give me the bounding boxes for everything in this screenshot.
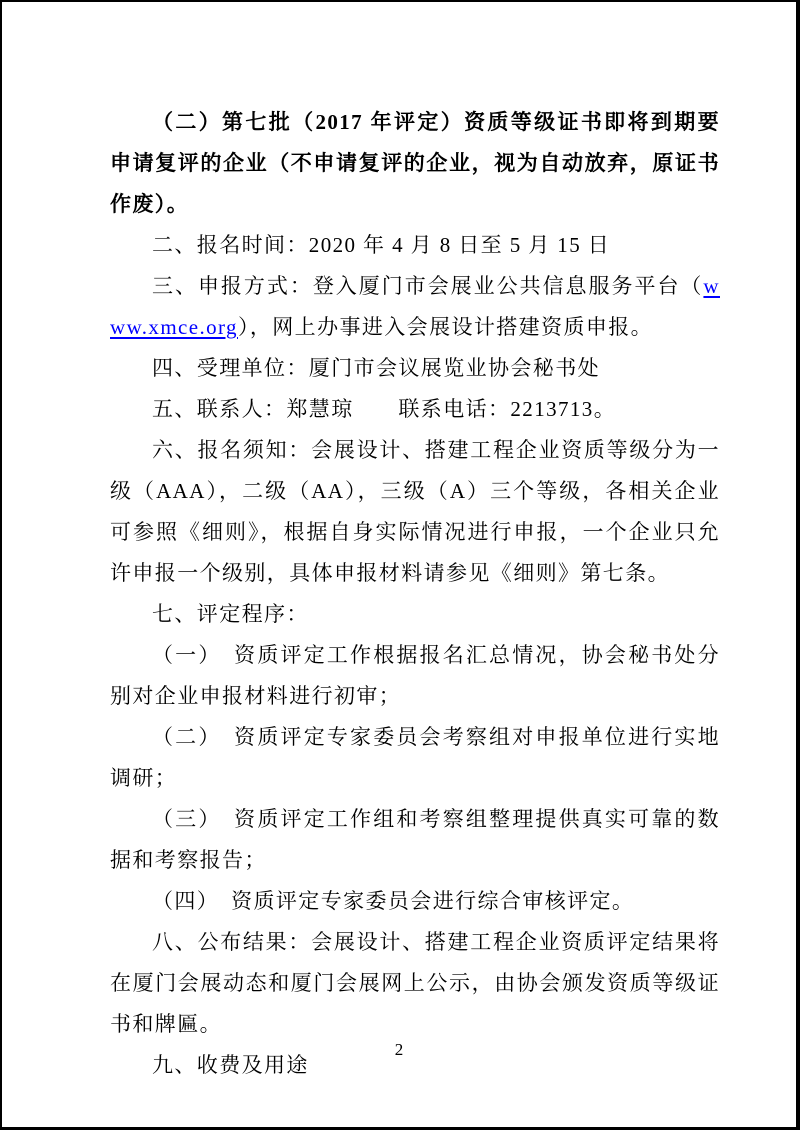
para-contact-person: 五、联系人：郑慧琼 联系电话：2213713。 <box>110 389 720 430</box>
para-registration-notes: 六、报名须知：会展设计、搭建工程企业资质等级分为一级（AAA），二级（AA），三… <box>110 430 720 594</box>
document-page: （二）第七批（2017 年评定）资质等级证书即将到期要申请复评的企业（不申请复评… <box>0 0 800 1130</box>
page-number: 2 <box>2 1040 796 1060</box>
application-method-text-after-link: ），网上办事进入会展设计搭建资质申报。 <box>238 315 653 339</box>
para-result-announcement: 八、公布结果：会展设计、搭建工程企业资质评定结果将在厦门会展动态和厦门会展网上公… <box>110 922 720 1045</box>
page-border-frame: （二）第七批（2017 年评定）资质等级证书即将到期要申请复评的企业（不申请复评… <box>0 0 800 1130</box>
para-procedure-step-4: （四） 资质评定专家委员会进行综合审核评定。 <box>110 881 720 922</box>
para-accepting-unit: 四、受理单位：厦门市会议展览业协会秘书处 <box>110 348 720 389</box>
para-registration-time: 二、报名时间：2020 年 4 月 8 日至 5 月 15 日 <box>110 225 720 266</box>
para-seventh-batch-renewal: （二）第七批（2017 年评定）资质等级证书即将到期要申请复评的企业（不申请复评… <box>110 102 720 225</box>
application-method-text-before-link: 三、申报方式：登入厦门市会展业公共信息服务平台（ <box>152 274 703 298</box>
document-body: （二）第七批（2017 年评定）资质等级证书即将到期要申请复评的企业（不申请复评… <box>110 102 720 1086</box>
para-application-method: 三、申报方式：登入厦门市会展业公共信息服务平台（www.xmce.org），网上… <box>110 266 720 348</box>
para-evaluation-procedure-heading: 七、评定程序： <box>110 594 720 635</box>
para-procedure-step-3: （三） 资质评定工作组和考察组整理提供真实可靠的数据和考察报告； <box>110 799 720 881</box>
para-procedure-step-1: （一） 资质评定工作根据报名汇总情况，协会秘书处分别对企业申报材料进行初审； <box>110 635 720 717</box>
para-procedure-step-2: （二） 资质评定专家委员会考察组对申报单位进行实地调研； <box>110 717 720 799</box>
